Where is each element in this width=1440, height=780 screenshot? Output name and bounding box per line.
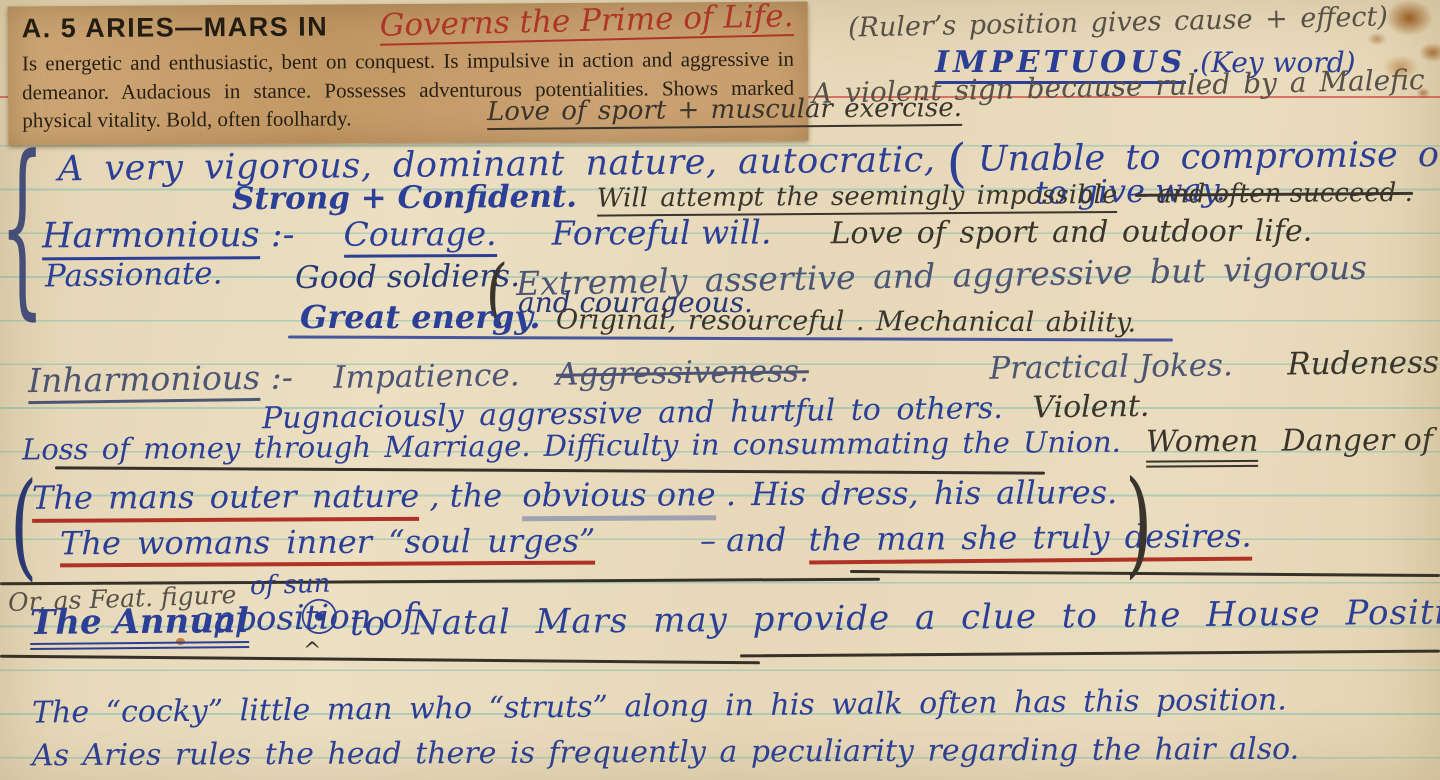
harmonious-line: Harmonious :- Courage. Forceful will. Lo… bbox=[42, 211, 1312, 256]
left-brace-glyph: { bbox=[0, 132, 45, 322]
womans-inner-text: The womans inner “soul urges” bbox=[60, 524, 596, 568]
section-close-paren: ) bbox=[1125, 466, 1152, 581]
mans-outer-mid: , the bbox=[429, 476, 502, 514]
courage-text: Courage. bbox=[344, 214, 497, 258]
notebook-card-page: A. 5 ARIES—MARS IN Governs the Prime of … bbox=[0, 0, 1440, 780]
forceful-will-text: Forceful will. bbox=[552, 213, 772, 253]
truly-desires-line: – and the man she truly desires. bbox=[700, 519, 1252, 559]
mans-outer-line: The mans outer nature , the obvious one … bbox=[32, 475, 1117, 516]
truly-desires-text: the man she truly desires. bbox=[808, 517, 1251, 565]
women-text: Women bbox=[1146, 424, 1259, 468]
original-resourceful-text: Original, resourceful . Mechanical abili… bbox=[556, 305, 1136, 338]
sport-exercise-note: Love of sport + muscular exercise. bbox=[487, 94, 962, 130]
impatience-text: Impatience. bbox=[333, 357, 520, 396]
his-dress-text: . His dress, his allures. bbox=[726, 473, 1118, 513]
strong-confident-text: Strong + Confident. bbox=[232, 179, 577, 217]
dash-and-text: – and bbox=[700, 521, 787, 560]
practical-jokes-text: Practical Jokes. bbox=[989, 347, 1233, 386]
harmonious-label: Harmonious bbox=[42, 215, 260, 260]
violent-text: Violent. bbox=[1032, 389, 1150, 426]
aries-head-text: As Aries rules the head there is frequen… bbox=[32, 733, 1299, 773]
passionate-text: Passionate. bbox=[45, 256, 223, 293]
obvious-one-text: obvious one bbox=[522, 475, 716, 521]
often-succeed-text: – and often succeed . bbox=[1135, 178, 1413, 210]
inharmonious-label: Inharmonious bbox=[28, 358, 261, 404]
great-energy-text: Great energy. bbox=[300, 300, 540, 335]
aggressiveness-text: Aggressiveness. bbox=[556, 353, 809, 393]
insert-caret-glyph: ^ bbox=[303, 640, 321, 664]
rudeness-text: Rudeness. bbox=[1287, 344, 1440, 382]
outdoor-life-text: Love of sport and outdoor life. bbox=[830, 214, 1312, 252]
inharmonious-colon: :- bbox=[270, 357, 293, 396]
seduction-text: Danger of seduction bbox=[1281, 422, 1440, 459]
mans-outer-text: The mans outer nature bbox=[32, 477, 419, 523]
will-attempt-text: Will attempt the seemingly impossible bbox=[597, 180, 1118, 217]
harmonious-colon: :- bbox=[271, 215, 295, 255]
